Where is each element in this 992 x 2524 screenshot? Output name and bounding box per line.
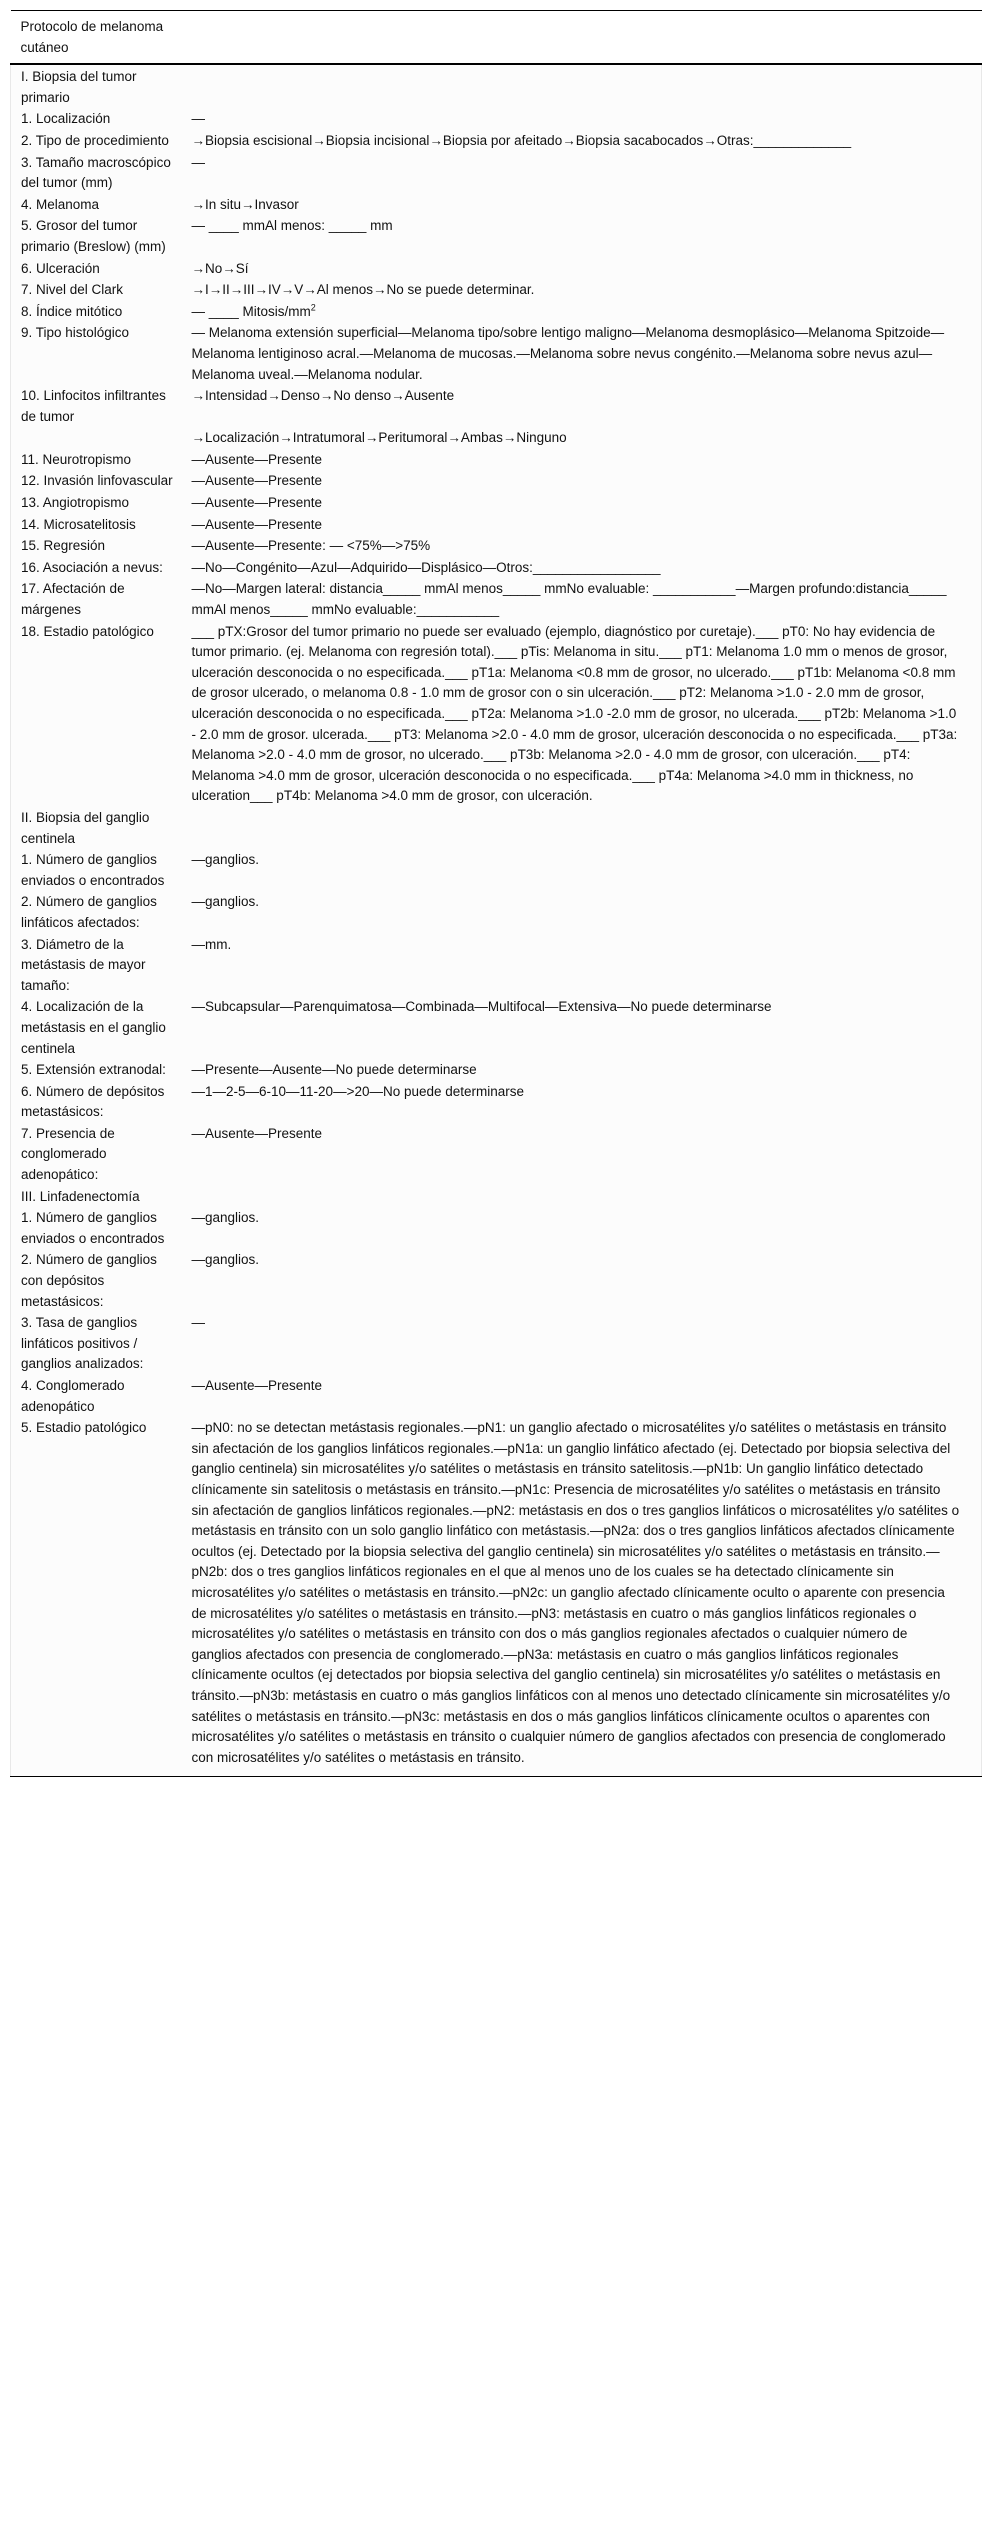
row-label: 3. Tasa de ganglios linfáticos positivos… (11, 1313, 185, 1376)
table-row: 12. Invasión linfovascular—Ausente—Prese… (11, 471, 982, 493)
row-label: 1. Localización (11, 109, 185, 131)
row-label: 14. Microsatelitosis (11, 515, 185, 537)
row-value: —Ausente—Presente (185, 515, 982, 537)
row-value: —Ausente—Presente (185, 493, 982, 515)
table-row: 17. Afectación de márgenes—No—Margen lat… (11, 579, 982, 621)
row-label: 2. Número de ganglios con depósitos meta… (11, 1250, 185, 1313)
row-label: 8. Índice mitótico (11, 302, 185, 324)
row-label: 11. Neurotropismo (11, 450, 185, 472)
table-row: 4. Conglomerado adenopático—Ausente—Pres… (11, 1376, 982, 1418)
row-value: —ganglios. (185, 1250, 982, 1313)
table-row: 1. Número de ganglios enviados o encontr… (11, 1208, 982, 1250)
row-label: 16. Asociación a nevus: (11, 558, 185, 580)
table-row: 11. Neurotropismo—Ausente—Presente (11, 450, 982, 472)
row-value: —No—Congénito—Azul—Adquirido—Displásico—… (185, 558, 982, 580)
row-value: —Presente—Ausente—No puede determinarse (185, 1060, 982, 1082)
row-label: 7. Presencia de conglomerado adenopático… (11, 1124, 185, 1187)
table-row: 2. Número de ganglios linfáticos afectad… (11, 892, 982, 934)
table-row: 3. Tasa de ganglios linfáticos positivos… (11, 1313, 982, 1376)
row-value: ___ pTX:Grosor del tumor primario no pue… (185, 622, 982, 808)
row-value: —1—2-5—6-10—11-20—>20—No puede determina… (185, 1082, 982, 1124)
table-row: 9. Tipo histológico— Melanoma extensión … (11, 323, 982, 386)
row-value: →No→Sí (185, 259, 982, 281)
melanoma-protocol-table: Protocolo de melanoma cutáneo I. Biopsia… (10, 10, 982, 1777)
table-row: 5. Grosor del tumor primario (Breslow) (… (11, 216, 982, 258)
row-value: — (185, 1313, 982, 1376)
row-label: 9. Tipo histológico (11, 323, 185, 386)
row-label: 10. Linfocitos infiltrantes de tumor (11, 386, 185, 428)
row-value: — ____ mmAl menos: _____ mm (185, 216, 982, 258)
superscript: 2 (311, 302, 316, 312)
row-value (185, 808, 982, 850)
table-row: 5. Estadio patológico—pN0: no se detecta… (11, 1418, 982, 1777)
row-value: —Ausente—Presente: — <75%—>75% (185, 536, 982, 558)
row-label: 12. Invasión linfovascular (11, 471, 185, 493)
row-value: —ganglios. (185, 850, 982, 892)
row-label: 13. Angiotropismo (11, 493, 185, 515)
row-value: →Localización→Intratumoral→Peritumoral→A… (185, 428, 982, 450)
table-row: 8. Índice mitótico— ____ Mitosis/mm2 (11, 302, 982, 324)
row-value: — Melanoma extensión superficial—Melanom… (185, 323, 982, 386)
row-value: —Subcapsular—Parenquimatosa—Combinada—Mu… (185, 997, 982, 1060)
row-label: 6. Número de depósitos metastásicos: (11, 1082, 185, 1124)
row-value: →In situ→Invasor (185, 195, 982, 217)
row-value (185, 64, 982, 109)
table-row: 7. Nivel del Clark→I→II→III→IV→V→Al meno… (11, 280, 982, 302)
row-label: 6. Ulceración (11, 259, 185, 281)
table-row: 5. Extensión extranodal:—Presente—Ausent… (11, 1060, 982, 1082)
table-row: 2. Número de ganglios con depósitos meta… (11, 1250, 982, 1313)
row-value: —ganglios. (185, 1208, 982, 1250)
table-row: 10. Linfocitos infiltrantes de tumor→Int… (11, 386, 982, 428)
document-container: Protocolo de melanoma cutáneo I. Biopsia… (0, 0, 992, 1777)
table-row: 4. Localización de la metástasis en el g… (11, 997, 982, 1060)
row-value: —Ausente—Presente (185, 1124, 982, 1187)
row-value (185, 1187, 982, 1209)
row-value: —pN0: no se detectan metástasis regional… (185, 1418, 982, 1777)
row-label: I. Biopsia del tumor primario (11, 64, 185, 109)
row-value-text: — ____ Mitosis/mm (192, 304, 311, 319)
row-value: —Ausente—Presente (185, 1376, 982, 1418)
table-row: 6. Ulceración→No→Sí (11, 259, 982, 281)
table-row: 16. Asociación a nevus:—No—Congénito—Azu… (11, 558, 982, 580)
table-row: 7. Presencia de conglomerado adenopático… (11, 1124, 982, 1187)
table-row: 18. Estadio patológico___ pTX:Grosor del… (11, 622, 982, 808)
column-header-protocol: Protocolo de melanoma cutáneo (11, 11, 185, 65)
table-row: 6. Número de depósitos metastásicos:—1—2… (11, 1082, 982, 1124)
row-label: 3. Diámetro de la metástasis de mayor ta… (11, 935, 185, 998)
row-value: —mm. (185, 935, 982, 998)
table-row: III. Linfadenectomía (11, 1187, 982, 1209)
column-header-empty (185, 11, 982, 65)
table-row: 1. Número de ganglios enviados o encontr… (11, 850, 982, 892)
row-label: 3. Tamaño macroscópico del tumor (mm) (11, 153, 185, 195)
row-label: 2. Número de ganglios linfáticos afectad… (11, 892, 185, 934)
row-label: 2. Tipo de procedimiento (11, 131, 185, 153)
table-row: 1. Localización— (11, 109, 982, 131)
table-row: →Localización→Intratumoral→Peritumoral→A… (11, 428, 982, 450)
row-value: — ____ Mitosis/mm2 (185, 302, 982, 324)
row-label: 17. Afectación de márgenes (11, 579, 185, 621)
table-row: 4. Melanoma→In situ→Invasor (11, 195, 982, 217)
table-body: I. Biopsia del tumor primario1. Localiza… (11, 64, 982, 1777)
row-label: 5. Grosor del tumor primario (Breslow) (… (11, 216, 185, 258)
table-row: 2. Tipo de procedimiento→Biopsia escisio… (11, 131, 982, 153)
row-value: —No—Margen lateral: distancia_____ mmAl … (185, 579, 982, 621)
row-label: 4. Localización de la metástasis en el g… (11, 997, 185, 1060)
row-label: III. Linfadenectomía (11, 1187, 185, 1209)
row-value: — (185, 153, 982, 195)
row-value: — (185, 109, 982, 131)
row-value: →Intensidad→Denso→No denso→Ausente (185, 386, 982, 428)
row-label: 7. Nivel del Clark (11, 280, 185, 302)
table-row: I. Biopsia del tumor primario (11, 64, 982, 109)
row-value: —ganglios. (185, 892, 982, 934)
row-label: 18. Estadio patológico (11, 622, 185, 808)
table-row: 3. Diámetro de la metástasis de mayor ta… (11, 935, 982, 998)
table-header-row: Protocolo de melanoma cutáneo (11, 11, 982, 65)
row-label: 1. Número de ganglios enviados o encontr… (11, 850, 185, 892)
row-label: 5. Extensión extranodal: (11, 1060, 185, 1082)
row-label: 5. Estadio patológico (11, 1418, 185, 1777)
row-label (11, 428, 185, 450)
row-label: 4. Melanoma (11, 195, 185, 217)
row-value: →I→II→III→IV→V→Al menos→No se puede dete… (185, 280, 982, 302)
row-value: —Ausente—Presente (185, 450, 982, 472)
table-row: 15. Regresión—Ausente—Presente: — <75%—>… (11, 536, 982, 558)
table-row: 3. Tamaño macroscópico del tumor (mm)— (11, 153, 982, 195)
row-value: →Biopsia escisional→Biopsia incisional→B… (185, 131, 982, 153)
table-row: 13. Angiotropismo—Ausente—Presente (11, 493, 982, 515)
row-label: 4. Conglomerado adenopático (11, 1376, 185, 1418)
row-label: 15. Regresión (11, 536, 185, 558)
table-row: 14. Microsatelitosis—Ausente—Presente (11, 515, 982, 537)
row-label: II. Biopsia del ganglio centinela (11, 808, 185, 850)
row-label: 1. Número de ganglios enviados o encontr… (11, 1208, 185, 1250)
row-value: —Ausente—Presente (185, 471, 982, 493)
table-row: II. Biopsia del ganglio centinela (11, 808, 982, 850)
